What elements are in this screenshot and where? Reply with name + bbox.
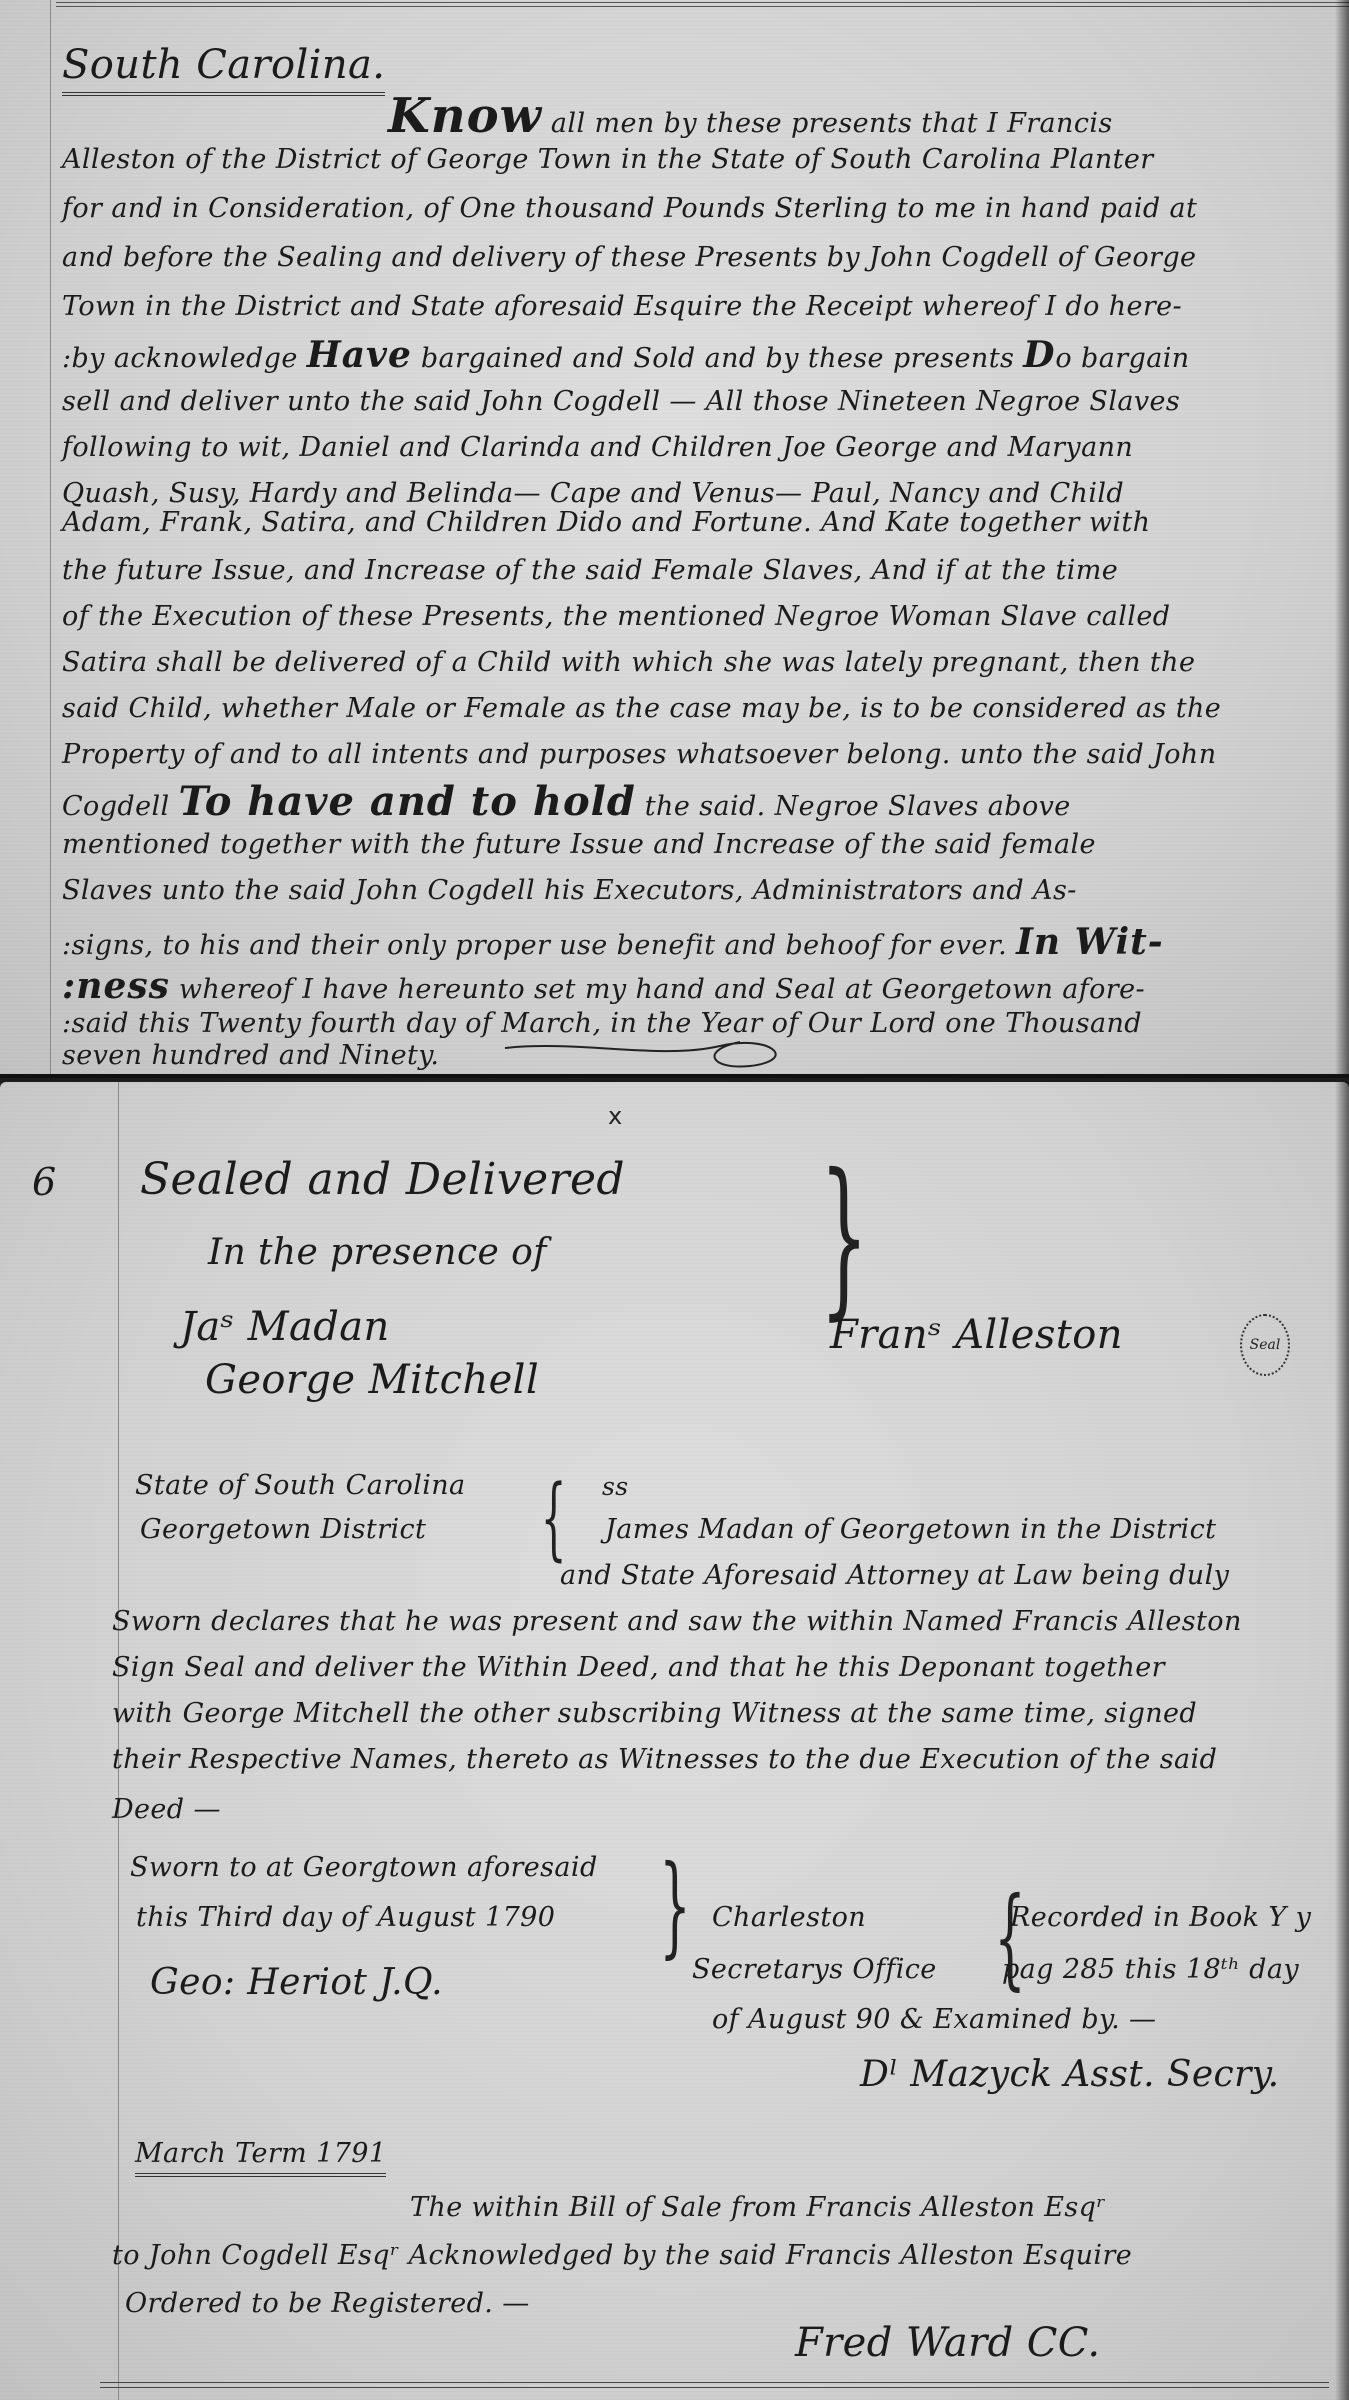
deed-line-18: Slaves unto the said John Cogdell his Ex… (62, 875, 1077, 906)
deed-line-6: :by acknowledge Have bargained and Sold … (62, 334, 1190, 376)
jurat-line-1: Sworn to at Georgtown aforesaid (130, 1852, 598, 1883)
witness-2: George Mitchell (205, 1357, 539, 1403)
affidavit-line-2: and State Aforesaid Attorney at Law bein… (560, 1560, 1229, 1591)
court-line-2: to John Cogdell Esqʳ Acknowledged by the… (112, 2240, 1132, 2271)
deed-line-1: Know all men by these presents that I Fr… (388, 88, 1113, 144)
deed-line-8: following to wit, Daniel and Clarinda an… (62, 432, 1133, 463)
opening-word: Know (388, 88, 542, 144)
grantor-signature: Franˢ Alleston (830, 1312, 1123, 1358)
brace: { (541, 1474, 567, 1564)
closing-flourish (500, 1030, 800, 1075)
affidavit-line-7: Deed — (112, 1794, 221, 1825)
recording-office-2: Secretarys Office (692, 1954, 937, 1985)
recording-line-1: Recorded in Book Y y (1010, 1902, 1311, 1933)
court-line-1: The within Bill of Sale from Francis All… (410, 2192, 1106, 2223)
jurat-officer: Geo: Heriot J.Q. (150, 1962, 443, 2003)
venue-state: State of South Carolina (135, 1470, 466, 1501)
deed-line-11: the future Issue, and Increase of the sa… (62, 555, 1118, 586)
recording-office-1: Charleston (712, 1902, 866, 1933)
deed-line-10: Adam, Frank, Satira, and Children Dido a… (62, 507, 1150, 538)
deed-line-5: Town in the District and State aforesaid… (62, 291, 1182, 322)
affidavit-line-1: James Madan of Georgetown in the Distric… (605, 1514, 1216, 1545)
recording-line-3: of August 90 & Examined by. — (712, 2004, 1156, 2035)
testimonium-clause: In Wit- (1016, 921, 1164, 963)
manuscript-page-top: South Carolina. Know all men by these pr… (0, 0, 1349, 1078)
clerk-signature: Fred Ward CC. (795, 2320, 1101, 2366)
recorder-signature: Dˡ Mazyck Asst. Secry. (860, 2054, 1280, 2095)
deed-line-9: Quash, Susy, Hardy and Belinda— Cape and… (62, 478, 1124, 509)
deed-line-16: Cogdell To have and to hold the said. Ne… (62, 778, 1071, 825)
seal-mark: Seal (1240, 1314, 1290, 1376)
deed-line-2: Alleston of the District of George Town … (62, 144, 1154, 175)
recording-line-2: pag 285 this 18ᵗʰ day (1002, 1954, 1299, 1985)
brace: } (820, 1152, 869, 1322)
deed-line-7: sell and deliver unto the said John Cogd… (62, 386, 1180, 417)
venue-ss: ss (602, 1472, 628, 1501)
deed-line-20: :ness whereof I have hereunto set my han… (62, 965, 1145, 1007)
document-heading: South Carolina. (62, 42, 385, 96)
affidavit-line-6: their Respective Names, thereto as Witne… (112, 1744, 1217, 1775)
court-term: March Term 1791 (135, 2138, 386, 2177)
deed-line-14: said Child, whether Male or Female as th… (62, 693, 1221, 724)
top-rule (56, 2, 1349, 7)
margin-rule (118, 1082, 119, 2400)
deed-line-17: mentioned together with the future Issue… (62, 829, 1096, 860)
venue-district: Georgetown District (140, 1514, 426, 1545)
bottom-rule (100, 2382, 1329, 2388)
deed-line-4: and before the Sealing and delivery of t… (62, 242, 1196, 273)
deed-line-13: Satira shall be delivered of a Child wit… (62, 647, 1195, 678)
sealed-delivered-heading: Sealed and Delivered (140, 1154, 625, 1205)
affidavit-line-3: Sworn declares that he was present and s… (112, 1606, 1242, 1637)
deed-line-3: for and in Consideration, of One thousan… (62, 193, 1197, 224)
deed-line-22: seven hundred and Ninety. (62, 1040, 439, 1071)
court-line-3: Ordered to be Registered. — (125, 2288, 530, 2319)
deed-line-15: Property of and to all intents and purpo… (62, 739, 1217, 770)
page-number: 6 (32, 1160, 56, 1204)
brace: } (659, 1850, 691, 1960)
affidavit-line-5: with George Mitchell the other subscribi… (112, 1698, 1197, 1729)
witness-1: Jaˢ Madan (180, 1304, 390, 1350)
deed-line-12: of the Execution of these Presents, the … (62, 601, 1170, 632)
margin-rule (50, 0, 51, 1074)
deed-line-19: :signs, to his and their only proper use… (62, 921, 1164, 963)
manuscript-page-bottom: 6 x Sealed and Delivered } In the presen… (0, 1082, 1349, 2400)
habendum-clause: To have and to hold (179, 778, 636, 825)
x-mark: x (608, 1102, 622, 1130)
presence-line: In the presence of (208, 1232, 547, 1273)
jurat-line-2: this Third day of August 1790 (136, 1902, 555, 1933)
affidavit-line-4: Sign Seal and deliver the Within Deed, a… (112, 1652, 1165, 1683)
